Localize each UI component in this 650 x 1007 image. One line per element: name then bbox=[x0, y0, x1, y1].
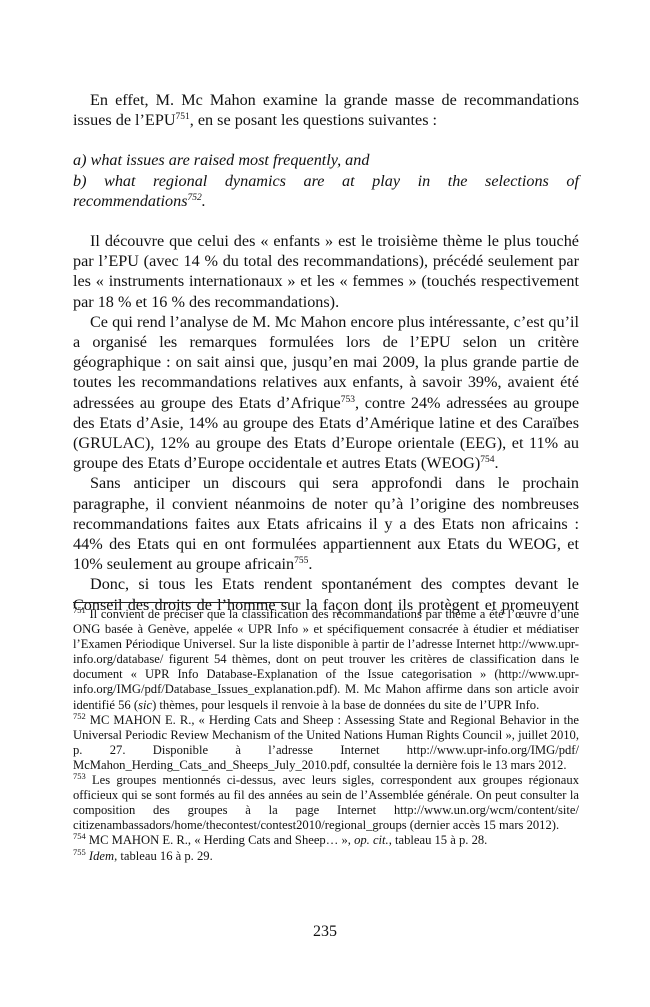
question-b-end: . bbox=[202, 192, 206, 210]
footnote-italic: Idem bbox=[89, 849, 114, 863]
footnotes: 751 Il convient de préciser que la class… bbox=[73, 607, 579, 864]
footnote-ref-752[interactable]: 752 bbox=[188, 193, 202, 203]
footnote-755: 755 Idem, tableau 16 à p. 29. bbox=[73, 849, 579, 864]
footnote-text: MC MAHON E. R., « Herding Cats and Sheep… bbox=[86, 833, 354, 847]
footnote-number: 751 bbox=[73, 605, 86, 615]
paragraph-geographic: Ce qui rend l’analyse de M. Mc Mahon enc… bbox=[73, 312, 579, 474]
paragraph-text: . bbox=[494, 454, 498, 472]
paragraph-non-african: Sans anticiper un discours qui sera appr… bbox=[73, 473, 579, 574]
footnote-text: Les groupes mentionnés ci-dessus, avec l… bbox=[73, 773, 579, 832]
footnote-text: MC MAHON E. R., « Herding Cats and Sheep… bbox=[73, 713, 579, 772]
paragraph-themes: Il découvre que celui des « enfants » es… bbox=[73, 231, 579, 312]
footnote-italic: sic bbox=[138, 698, 152, 712]
footnote-ref-754[interactable]: 754 bbox=[480, 455, 494, 465]
main-text: En effet, M. Mc Mahon examine la grande … bbox=[73, 90, 579, 615]
footnote-text: Il convient de préciser que la classific… bbox=[73, 607, 579, 712]
page-number: 235 bbox=[0, 922, 650, 942]
question-b: b) what regional dynamics are at play in… bbox=[73, 171, 579, 211]
paragraph-text: Sans anticiper un discours qui sera appr… bbox=[73, 474, 579, 573]
research-questions: a) what issues are raised most frequentl… bbox=[73, 150, 579, 211]
footnote-ref-753[interactable]: 753 bbox=[341, 395, 355, 405]
footnote-754: 754 MC MAHON E. R., « Herding Cats and S… bbox=[73, 833, 579, 848]
footnote-752: 752 MC MAHON E. R., « Herding Cats and S… bbox=[73, 713, 579, 773]
footnote-separator bbox=[73, 602, 288, 603]
footnote-number: 755 bbox=[73, 847, 86, 857]
footnote-number: 753 bbox=[73, 771, 86, 781]
paragraph-text: . bbox=[308, 555, 312, 573]
footnote-ref-755[interactable]: 755 bbox=[294, 556, 308, 566]
paragraph-text: , en se posant les questions suivantes : bbox=[190, 111, 437, 129]
paragraph-intro: En effet, M. Mc Mahon examine la grande … bbox=[73, 90, 579, 130]
footnote-text: ) thèmes, pour lesquels il renvoie à la … bbox=[152, 698, 539, 712]
footnote-751: 751 Il convient de préciser que la class… bbox=[73, 607, 579, 713]
question-a: a) what issues are raised most frequentl… bbox=[73, 150, 579, 170]
footnote-number: 752 bbox=[73, 711, 86, 721]
footnote-text: , tableau 16 à p. 29. bbox=[114, 849, 213, 863]
footnote-italic: op. cit. bbox=[354, 833, 389, 847]
question-b-text: b) what regional dynamics are at play in… bbox=[73, 172, 579, 210]
footnote-753: 753 Les groupes mentionnés ci-dessus, av… bbox=[73, 773, 579, 833]
footnote-text: , tableau 15 à p. 28. bbox=[389, 833, 488, 847]
footnote-number: 754 bbox=[73, 831, 86, 841]
footnote-ref-751[interactable]: 751 bbox=[176, 112, 190, 122]
